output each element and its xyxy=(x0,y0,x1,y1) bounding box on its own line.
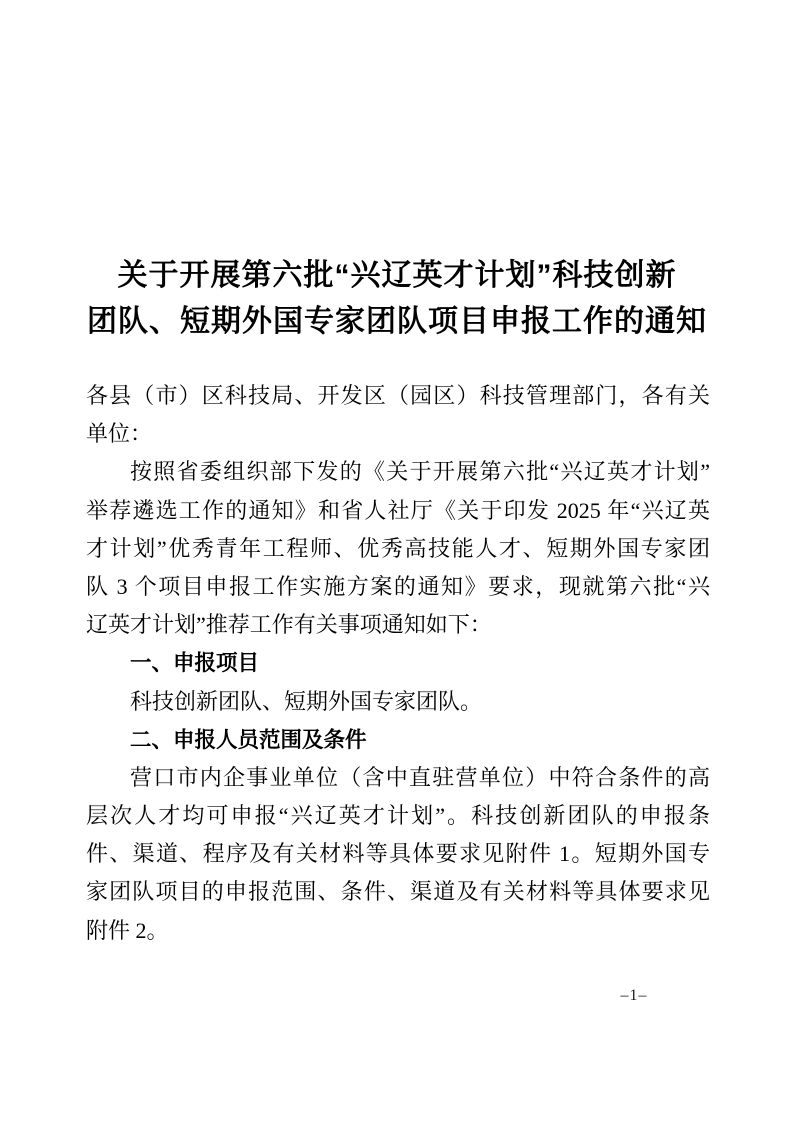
recipient-line-2: 单位： xyxy=(86,415,710,453)
title-line-1: 关于开展第六批“兴辽英才计划”科技创新 xyxy=(40,253,754,299)
paragraph-line: 层次人才均可申报“兴辽英才计划”。科技创新团队的申报条 xyxy=(86,797,710,835)
section-heading-1: 一、申报项目 xyxy=(86,644,710,682)
paragraph-line: 营口市内企事业单位（含中直驻营单位）中符合条件的高 xyxy=(86,759,710,797)
paragraph-line: 辽英才计划”推荐工作有关事项通知如下： xyxy=(86,606,710,644)
section-heading-2: 二、申报人员范围及条件 xyxy=(86,721,710,759)
paragraph-line: 队 3 个项目申报工作实施方案的通知》要求，现就第六批“兴 xyxy=(86,568,710,606)
paragraph-line: 家团队项目的申报范围、条件、渠道及有关材料等具体要求见 xyxy=(86,873,710,911)
paragraph-line: 按照省委组织部下发的《关于开展第六批“兴辽英才计划” xyxy=(86,453,710,491)
document-title: 关于开展第六批“兴辽英才计划”科技创新 团队、短期外国专家团队项目申报工作的通知 xyxy=(40,253,754,345)
paragraph-line: 举荐遴选工作的通知》和省人社厅《关于印发 2025 年“兴辽英 xyxy=(86,492,710,530)
page-number: –1– xyxy=(602,986,666,1006)
paragraph-line: 附件 2。 xyxy=(86,912,710,950)
title-line-2: 团队、短期外国专家团队项目申报工作的通知 xyxy=(40,299,754,345)
document-page: 关于开展第六批“兴辽英才计划”科技创新 团队、短期外国专家团队项目申报工作的通知… xyxy=(0,0,794,1123)
recipient-line-1: 各县（市）区科技局、开发区（园区）科技管理部门，各有关 xyxy=(86,377,710,415)
paragraph-line: 才计划”优秀青年工程师、优秀高技能人才、短期外国专家团 xyxy=(86,530,710,568)
paragraph-line: 科技创新团队、短期外国专家团队。 xyxy=(86,683,710,721)
document-body: 各县（市）区科技局、开发区（园区）科技管理部门，各有关 单位： 按照省委组织部下… xyxy=(86,377,710,950)
paragraph-line: 件、渠道、程序及有关材料等具体要求见附件 1。短期外国专 xyxy=(86,835,710,873)
